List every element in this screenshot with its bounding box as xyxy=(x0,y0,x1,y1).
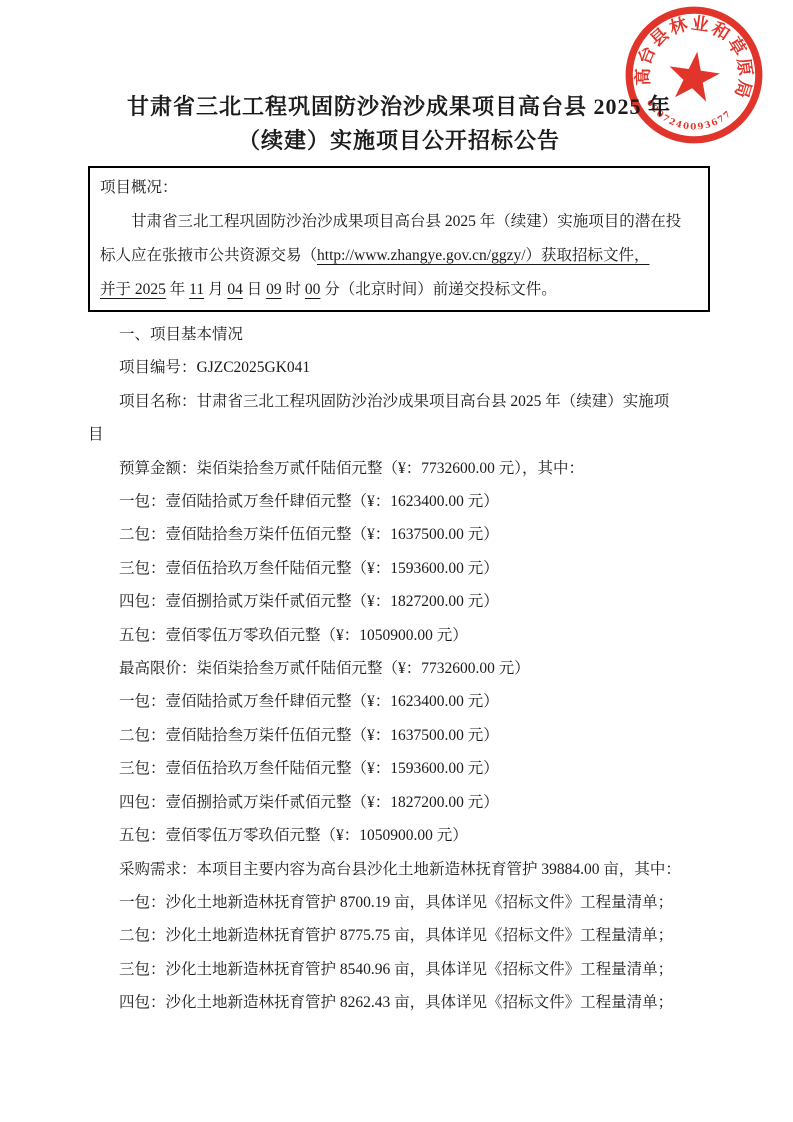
body-line: 项目编号：GJZC2025GK041 xyxy=(88,351,710,384)
body-line: 四包：沙化土地新造林抚育管护 8262.43 亩，具体详见《招标文件》工程量清单… xyxy=(88,986,710,1019)
underlined-text: 04 xyxy=(227,281,243,298)
title-line-1: 甘肃省三北工程巩固防沙治沙成果项目高台县 2025 年 xyxy=(88,90,710,124)
body-line: 二包：壹佰陆拾叁万柒仟伍佰元整（¥：1637500.00 元） xyxy=(88,518,710,551)
body-line: 二包：沙化土地新造林抚育管护 8775.75 亩，具体详见《招标文件》工程量清单… xyxy=(88,919,710,952)
body-line: 三包：壹佰伍拾玖万叁仟陆佰元整（¥：1593600.00 元） xyxy=(88,552,710,585)
body-line: 一包：壹佰陆拾贰万叁仟肆佰元整（¥：1623400.00 元） xyxy=(88,685,710,718)
underlined-text: http://www.zhangye.gov.cn/ggzy/）获取招标文件， xyxy=(317,247,650,264)
overview-text: 年 xyxy=(166,281,189,298)
body-line: 最高限价：柒佰柒拾叁万贰仟陆佰元整（¥：7732600.00 元） xyxy=(88,652,710,685)
overview-text: 标人应在张掖市公共资源交易（ xyxy=(100,247,317,264)
underlined-text: 并于 2025 xyxy=(100,281,166,298)
body-line: 三包：沙化土地新造林抚育管护 8540.96 亩，具体详见《招标文件》工程量清单… xyxy=(88,953,710,986)
body-line: 一包：壹佰陆拾贰万叁仟肆佰元整（¥：1623400.00 元） xyxy=(88,485,710,518)
overview-text: 分（北京时间）前递交投标文件。 xyxy=(320,281,556,298)
overview-label: 项目概况： xyxy=(100,171,698,205)
overview-text: 甘肃省三北工程巩固防沙治沙成果项目高台县 2025 年（续建）实施项目的潜在投 xyxy=(131,213,681,230)
body-line: 一包：沙化土地新造林抚育管护 8700.19 亩，具体详见《招标文件》工程量清单… xyxy=(88,886,710,919)
document-content: 甘肃省三北工程巩固防沙治沙成果项目高台县 2025 年 （续建）实施项目公开招标… xyxy=(88,0,710,1020)
document-page: 高台县林业和草原局 6207240093677 甘肃省三北工程巩固防沙治沙成果项… xyxy=(0,0,793,1122)
body-line: 三包：壹佰伍拾玖万叁仟陆佰元整（¥：1593600.00 元） xyxy=(88,752,710,785)
body-line: 五包：壹佰零伍万零玖佰元整（¥：1050900.00 元） xyxy=(88,819,710,852)
title-line-2: （续建）实施项目公开招标公告 xyxy=(88,124,710,158)
document-title: 甘肃省三北工程巩固防沙治沙成果项目高台县 2025 年 （续建）实施项目公开招标… xyxy=(88,90,710,158)
overview-box-lines: 甘肃省三北工程巩固防沙治沙成果项目高台县 2025 年（续建）实施项目的潜在投标… xyxy=(100,205,698,307)
underlined-text: 00 xyxy=(305,281,321,298)
overview-line: 甘肃省三北工程巩固防沙治沙成果项目高台县 2025 年（续建）实施项目的潜在投 xyxy=(100,205,698,239)
overview-text: 月 xyxy=(204,281,227,298)
overview-text: 日 xyxy=(243,281,266,298)
body-line: 二包：壹佰陆拾叁万柒仟伍佰元整（¥：1637500.00 元） xyxy=(88,719,710,752)
body-line: 五包：壹佰零伍万零玖佰元整（¥：1050900.00 元） xyxy=(88,619,710,652)
underlined-text: 09 xyxy=(266,281,282,298)
body-line: 采购需求：本项目主要内容为高台县沙化土地新造林抚育管护 39884.00 亩，其… xyxy=(88,853,710,886)
body-line: 项目名称：甘肃省三北工程巩固防沙治沙成果项目高台县 2025 年（续建）实施项 xyxy=(88,385,710,418)
body-line: 四包：壹佰捌拾贰万柒仟贰佰元整（¥：1827200.00 元） xyxy=(88,786,710,819)
underlined-text: 11 xyxy=(189,281,204,298)
body-line: 预算金额：柒佰柒拾叁万贰仟陆佰元整（¥：7732600.00 元），其中： xyxy=(88,452,710,485)
project-overview-box: 项目概况： 甘肃省三北工程巩固防沙治沙成果项目高台县 2025 年（续建）实施项… xyxy=(88,166,710,312)
overview-text: 时 xyxy=(282,281,305,298)
overview-line: 标人应在张掖市公共资源交易（http://www.zhangye.gov.cn/… xyxy=(100,239,698,273)
body-line: 目 xyxy=(88,418,710,451)
document-body: 一、项目基本情况项目编号：GJZC2025GK041项目名称：甘肃省三北工程巩固… xyxy=(88,318,710,1020)
overview-line: 并于 2025 年 11 月 04 日 09 时 00 分（北京时间）前递交投标… xyxy=(100,273,698,307)
body-line: 四包：壹佰捌拾贰万柒仟贰佰元整（¥：1827200.00 元） xyxy=(88,585,710,618)
body-line: 一、项目基本情况 xyxy=(88,318,710,351)
